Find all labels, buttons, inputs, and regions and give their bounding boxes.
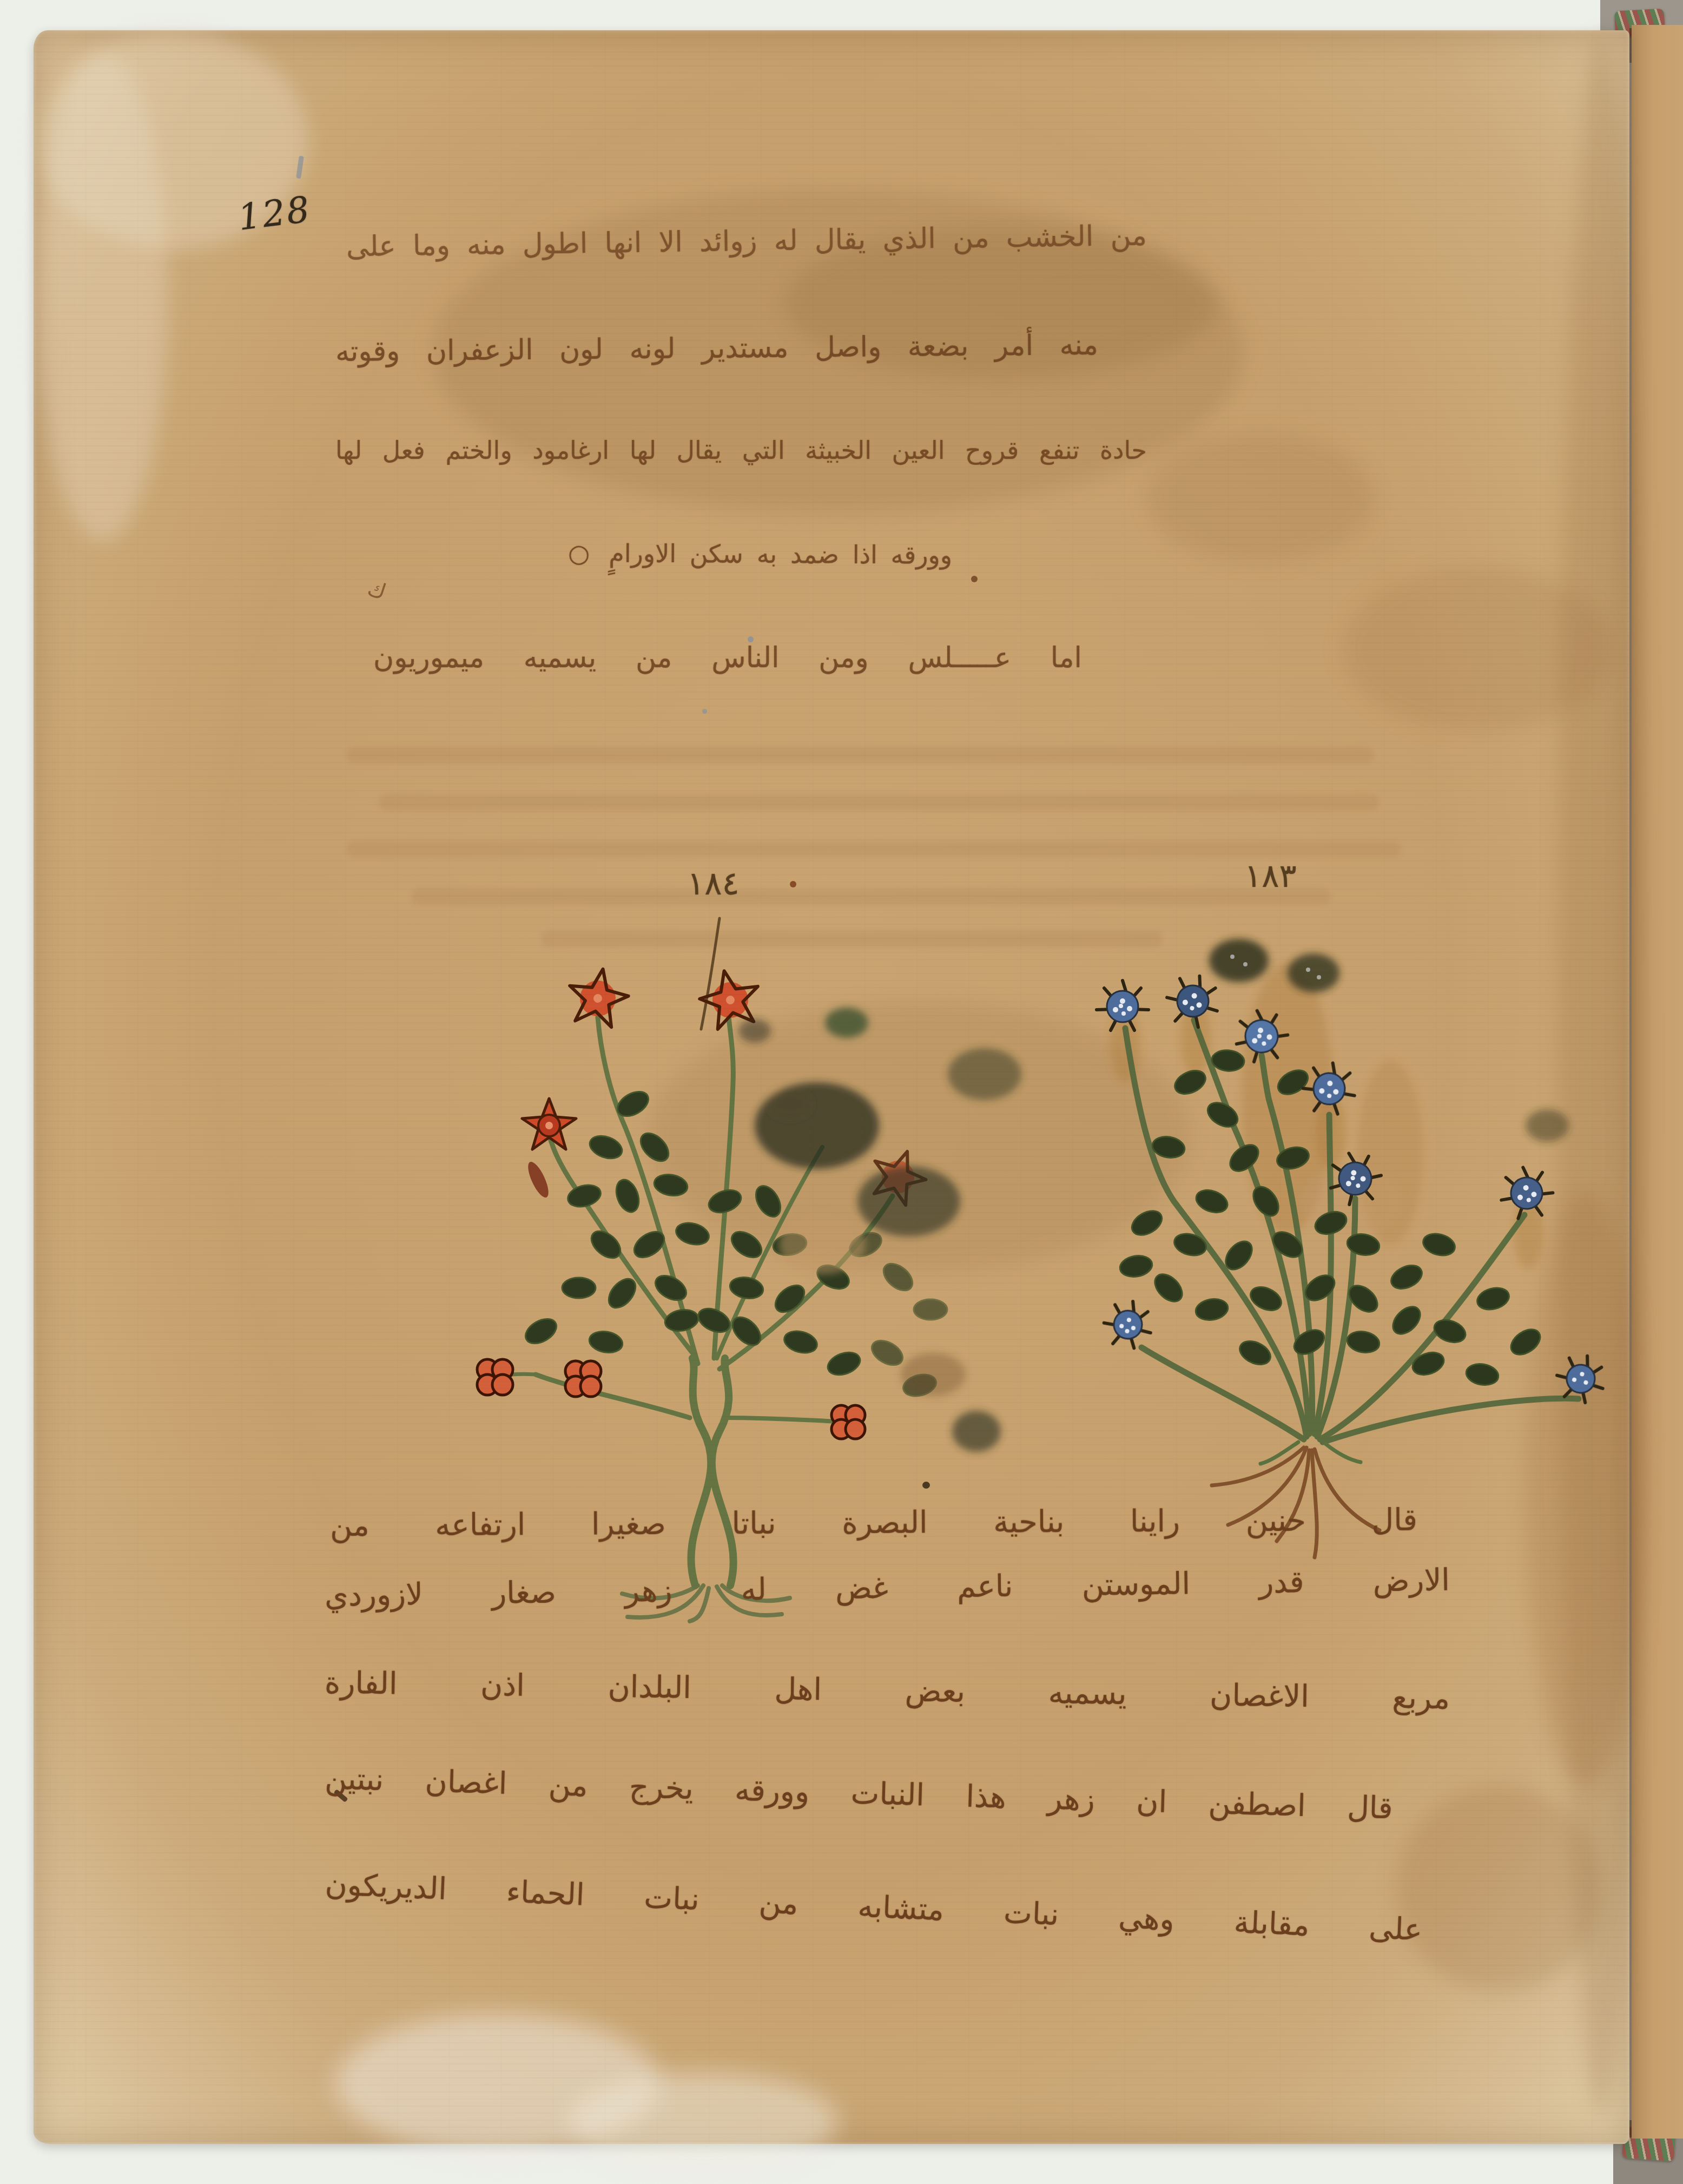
red-round-flowers xyxy=(477,1359,865,1439)
ink-dot xyxy=(971,576,978,582)
text-line: حادة تنفع قروح العين الخبيثة التي يقال ل… xyxy=(335,435,1147,466)
adjacent-page-edge xyxy=(1632,25,1683,2139)
text-line: منه أمر بضعة واصل مستدير لونه لون الزعفر… xyxy=(335,328,1099,370)
text-line: مربع الاغصان يسميه بعض اهل البلدان اذن ا… xyxy=(325,1664,1450,1718)
blue-paint-fleck xyxy=(702,709,707,714)
stain xyxy=(1396,1786,1601,1991)
text-line: قال حنين راينا بناحية البصرة نباتا صغيرا… xyxy=(330,1502,1417,1545)
ink-dot xyxy=(790,881,796,887)
show-through-line xyxy=(346,747,1374,763)
margin-correction-mark: ك xyxy=(365,576,390,605)
blue-flowered-plant-illustration xyxy=(1060,920,1634,1569)
text-line: من الخشب من الذي يقال له زوائد الا انها … xyxy=(346,219,1147,265)
figure-number-right: ١٨٣ xyxy=(1244,857,1297,895)
text-line: وورقه اذا ضمد به سكن الاورامٍ ○ xyxy=(568,538,952,571)
show-through-line xyxy=(346,841,1401,857)
blue-paint-fleck xyxy=(296,156,304,179)
worn-patch xyxy=(335,2013,660,2154)
stain xyxy=(1342,568,1612,731)
show-through-line xyxy=(411,889,1331,905)
text-line: على مقابلة وهي نبات متشابه من نبات الحما… xyxy=(324,1866,1423,1950)
worn-patch xyxy=(568,2073,839,2170)
show-through-line xyxy=(379,794,1380,811)
scanned-manuscript-photo: 128 من الخشب من الذي يقال له زوائد الا ا… xyxy=(0,0,1683,2184)
stain xyxy=(1147,433,1374,563)
manuscript-page: 128 من الخشب من الذي يقال له زوائد الا ا… xyxy=(34,30,1629,2144)
text-line: قال اصطفن ان زهر هذا النبات وورقه يخرج م… xyxy=(324,1760,1393,1827)
folio-number: 128 xyxy=(236,188,313,239)
text-line: اما عـــــلس ومن الناس من يسميه ميموريون xyxy=(373,641,1082,676)
figure-number-left: ١٨٤ xyxy=(687,865,740,903)
edge-light xyxy=(38,54,168,541)
